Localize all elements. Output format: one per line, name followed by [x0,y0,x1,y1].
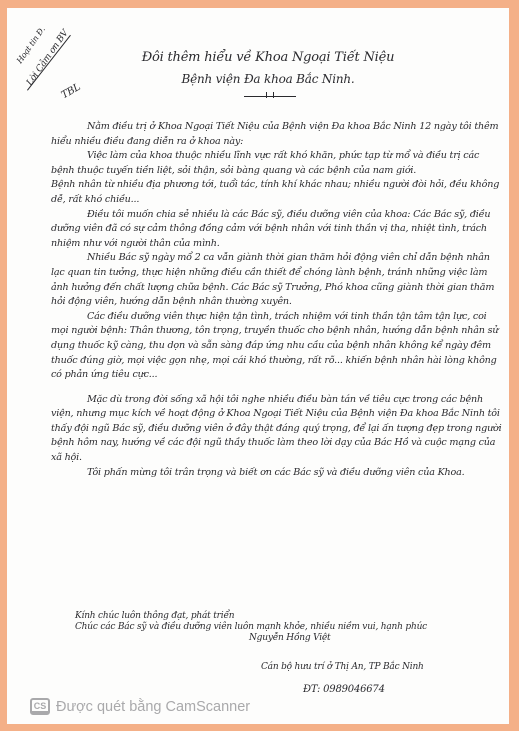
camscanner-watermark: CS Được quét bằng CamScanner [30,698,250,715]
paragraph: Việc làm của khoa thuộc nhiều lĩnh vực r… [51,149,503,178]
sender-address: Cán bộ hưu trí ở Thị An, TP Bắc Ninh [261,662,424,672]
paragraph: Các điều dưỡng viên thực hiện tận tình, … [51,310,503,383]
closing-line1: Kính chúc luôn thông đạt, phát triển [75,611,505,622]
paragraph: Mặc dù trong đời sống xã hội tôi nghe nh… [51,393,503,466]
letter-body: Nằm điều trị ở Khoa Ngoại Tiết Niệu của … [51,120,503,480]
camscanner-logo-icon: CS [30,698,50,715]
scan-frame: Hoạt tin Đ. Lời Cảm ơn BV TBL Đôi thêm h… [0,0,519,731]
paragraph: Nhiều Bác sỹ ngày mổ 2 ca vẫn giành thời… [51,251,503,309]
closing-line2: Chúc các Bác sỹ và điều dưỡng viên luôn … [75,622,505,633]
sender-phone: ĐT: 0989046674 [303,684,385,695]
corner-annotation: Hoạt tin Đ. Lời Cảm ơn BV TBL [15,30,95,110]
title-divider [244,96,296,97]
paragraph: Bệnh nhân từ nhiều địa phương tới, tuổi … [51,178,503,207]
paragraph: Tôi phấn mừng tôi trân trọng và biết ơn … [51,466,503,481]
letter-subtitle: Bệnh viện Đa khoa Bắc Ninh. [7,72,509,86]
paragraph: Điều tôi muốn chia sẻ nhiều là các Bác s… [51,208,503,252]
letter-title: Đôi thêm hiểu về Khoa Ngoại Tiết Niệu [7,50,509,65]
watermark-text: Được quét bằng CamScanner [56,699,250,715]
paragraph: Nằm điều trị ở Khoa Ngoại Tiết Niệu của … [51,120,503,149]
letter-page: Hoạt tin Đ. Lời Cảm ơn BV TBL Đôi thêm h… [7,8,509,724]
signature-name: Nguyễn Hồng Việt [75,633,505,644]
letter-closing: Kính chúc luôn thông đạt, phát triển Chú… [75,611,505,644]
